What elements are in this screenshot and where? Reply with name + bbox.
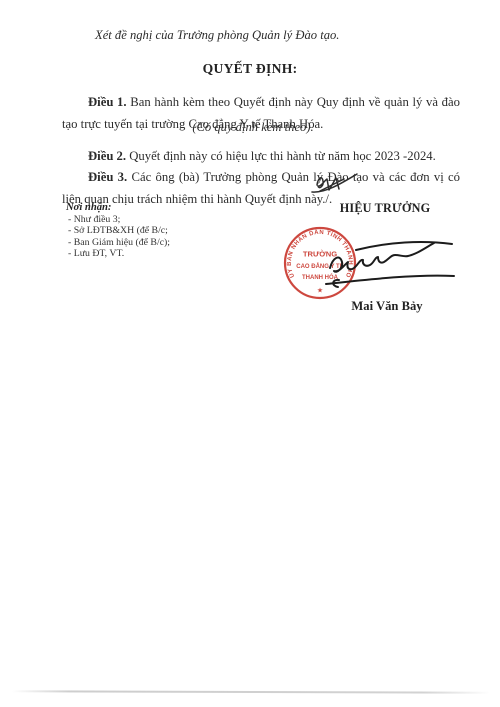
preamble-line: Xét đề nghị của Trưởng phòng Quản lý Đào… — [95, 28, 475, 43]
handwritten-initials-mark — [308, 167, 360, 197]
recipient-item: - Lưu ĐT, VT. — [66, 248, 236, 259]
article-2-label: Điều 2. — [88, 149, 126, 163]
signatory-role-title: HIỆU TRƯỞNG — [330, 201, 440, 216]
article-2: Điều 2. Quyết định này có hiệu lực thi h… — [62, 145, 460, 167]
attachment-note: (Có quy định kèm theo). — [0, 120, 500, 135]
article-3-label: Điều 3. — [88, 170, 127, 184]
document-title: QUYẾT ĐỊNH: — [0, 61, 500, 77]
article-1-label: Điều 1. — [88, 95, 127, 109]
handwritten-signature — [318, 234, 460, 296]
document-page: Xét đề nghị của Trưởng phòng Quản lý Đào… — [0, 0, 500, 707]
scan-edge-artifact — [12, 690, 490, 694]
recipient-item: - Ban Giám hiệu (để B/c); — [66, 237, 236, 248]
recipient-item: - Sở LĐTB&XH (để B/c; — [66, 225, 236, 236]
recipients-block: Nơi nhận: - Như điều 3; - Sở LĐTB&XH (để… — [66, 202, 236, 259]
recipient-item: - Như điều 3; — [66, 214, 236, 225]
signer-name: Mai Văn Bảy — [328, 299, 446, 314]
article-2-text: Quyết định này có hiệu lực thi hành từ n… — [126, 149, 436, 163]
recipients-heading: Nơi nhận: — [66, 202, 236, 213]
